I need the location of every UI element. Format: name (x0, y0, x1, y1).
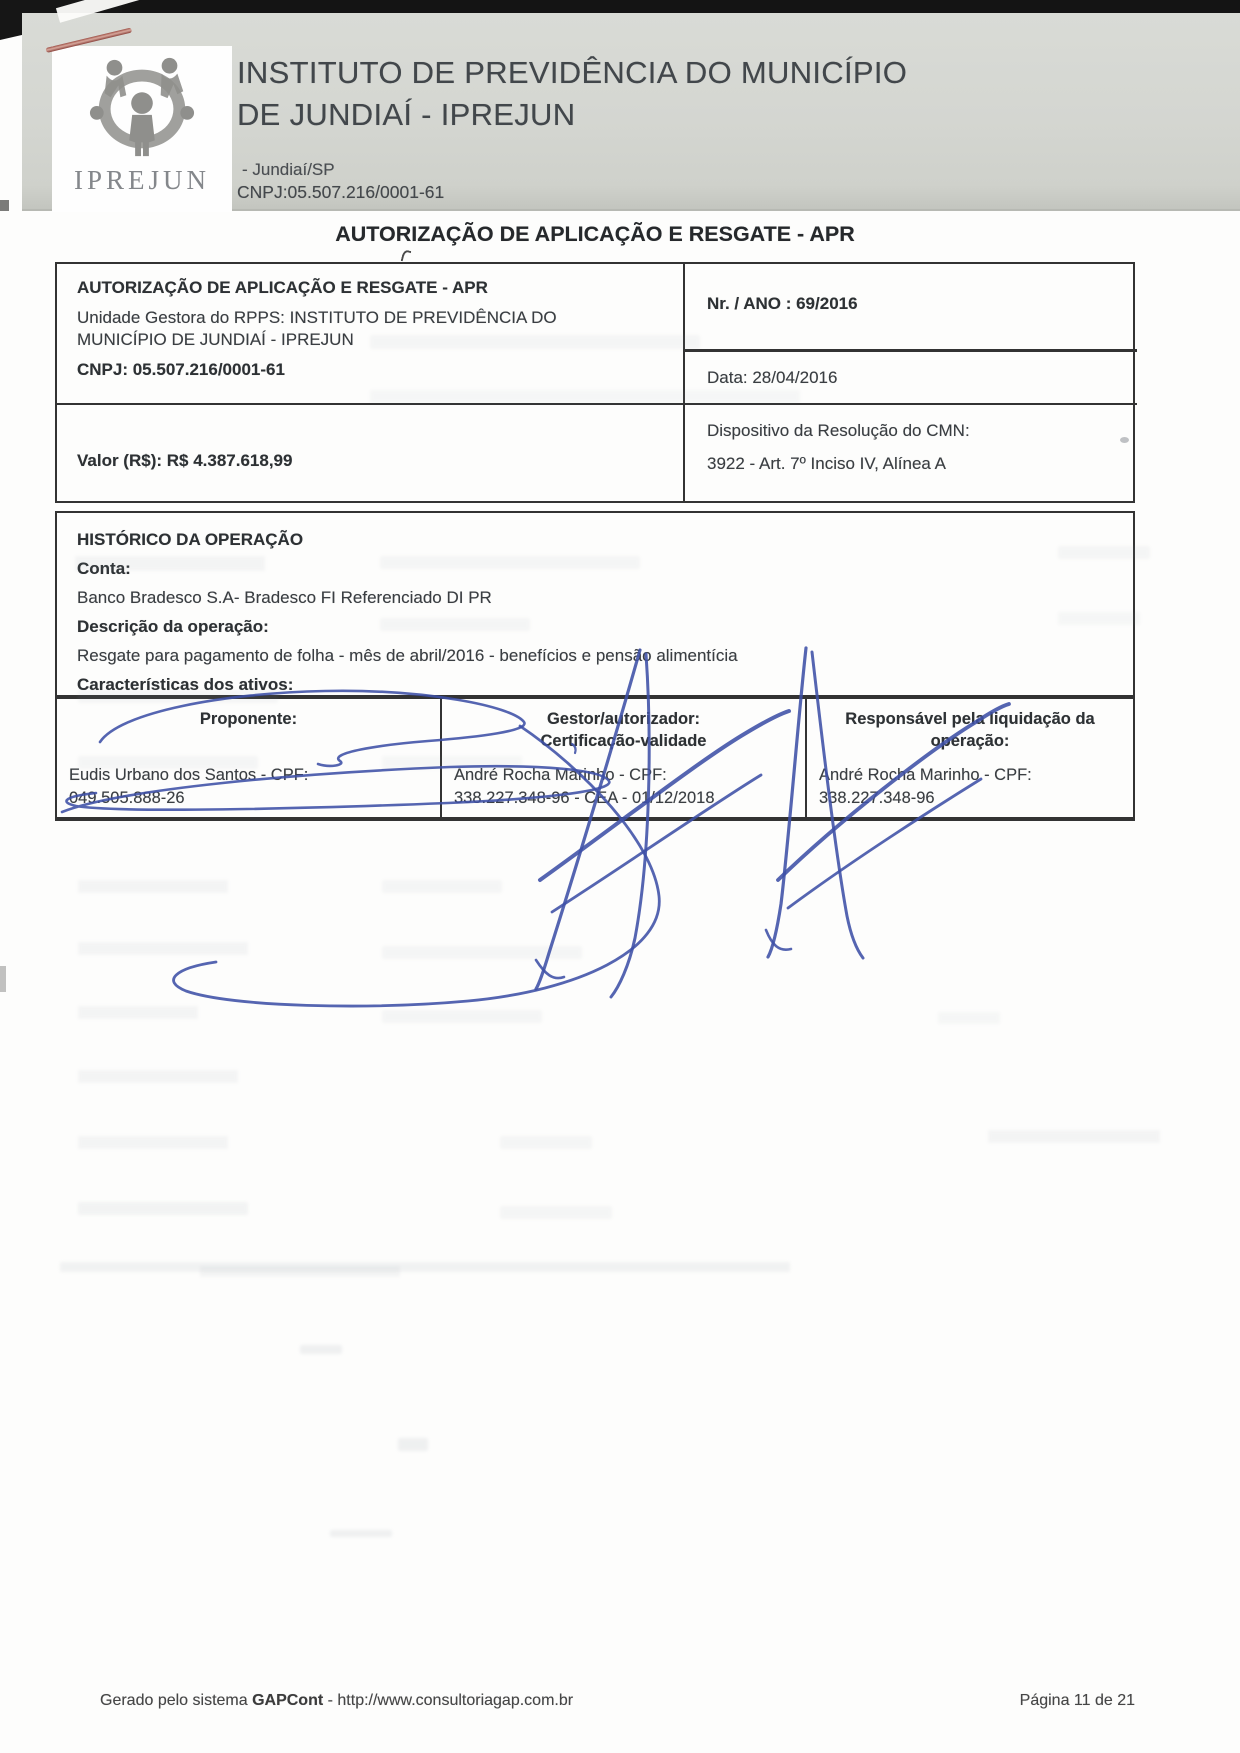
bleedthrough-smudge (200, 1266, 400, 1277)
gestor-column: Gestor/autorizador: Certificação-validad… (442, 699, 807, 817)
historico-title: HISTÓRICO DA OPERAÇÃO (77, 525, 1113, 554)
historico-table: HISTÓRICO DA OPERAÇÃO Conta: Banco Brade… (55, 511, 1135, 697)
bleedthrough-smudge (78, 942, 248, 955)
identification-cell: AUTORIZAÇÃO DE APLICAÇÃO E RESGATE - APR… (57, 264, 685, 405)
bleedthrough-smudge (330, 1530, 392, 1537)
bleedthrough-smudge (398, 1438, 428, 1451)
iprejun-logo-icon (83, 52, 201, 164)
descricao-value: Resgate para pagamento de folha - mês de… (77, 641, 1113, 670)
org-name-line1: INSTITUTO DE PREVIDÊNCIA DO MUNICÍPIO (237, 55, 907, 91)
nr-ano-value: Nr. / ANO : 69/2016 (707, 294, 1137, 314)
data-value: Data: 28/04/2016 (707, 368, 1137, 388)
liquidacao-name: André Rocha Marinho - CPF: 338.227.348-9… (807, 764, 1133, 810)
bleedthrough-smudge (382, 880, 502, 893)
scan-top-edge (0, 0, 1240, 13)
liquidacao-title-line2: operação: (807, 730, 1133, 752)
gestor-cpf: 338.227.348-96 - CEA - 01/12/2018 (454, 787, 793, 810)
gestor-title: Gestor/autorizador: Certificação-validad… (442, 708, 805, 752)
scanned-document-page: { "header": { "org_line1": "INSTITUTO DE… (0, 0, 1240, 1753)
caracteristicas-label: Características dos ativos: (77, 670, 1113, 699)
proponente-title: Proponente: (57, 708, 440, 730)
cnpj-value: CNPJ: 05.507.216/0001-61 (77, 360, 663, 380)
proponente-name: Eudis Urbano dos Santos - CPF: 049.505.8… (57, 764, 440, 810)
footer-generated-by: Gerado pelo sistema GAPCont - http://www… (100, 1692, 573, 1710)
proponente-cpf: 049.505.888-26 (69, 787, 428, 810)
proponente-name-line: Eudis Urbano dos Santos - CPF: (69, 764, 428, 787)
dispositivo-value: 3922 - Art. 7º Inciso IV, Alínea A (707, 454, 1137, 474)
bleedthrough-smudge (78, 1006, 198, 1019)
footer-system-name: GAPCont (252, 1692, 323, 1709)
conta-label: Conta: (77, 554, 1113, 583)
dispositivo-cell: Dispositivo da Resolução do CMN: 3922 - … (685, 405, 1137, 501)
valor-cell: Valor (R$): R$ 4.387.618,99 (57, 405, 685, 501)
identification-table: AUTORIZAÇÃO DE APLICAÇÃO E RESGATE - APR… (55, 262, 1135, 503)
logo-wordmark: IPREJUN (52, 165, 232, 196)
iprejun-logo: IPREJUN (52, 46, 232, 212)
gestor-name-line: André Rocha Marinho - CPF: (454, 764, 793, 787)
descricao-label: Descrição da operação: (77, 612, 1113, 641)
bleedthrough-smudge (78, 1136, 228, 1149)
valor-value: Valor (R$): R$ 4.387.618,99 (77, 451, 683, 471)
bleedthrough-smudge (78, 880, 228, 893)
footer-prefix: Gerado pelo sistema (100, 1692, 252, 1709)
bleedthrough-smudge (60, 1262, 790, 1272)
unidade-gestora: Unidade Gestora do RPPS: INSTITUTO DE PR… (77, 307, 597, 351)
liquidacao-cpf: 338.227.348-96 (819, 787, 1121, 810)
dispositivo-label: Dispositivo da Resolução do CMN: (707, 421, 1137, 441)
footer-page-number: Página 11 de 21 (915, 1692, 1135, 1710)
org-city: - Jundiaí/SP (242, 160, 335, 180)
org-cnpj: CNPJ:05.507.216/0001-61 (237, 182, 444, 203)
scan-speck (1120, 437, 1129, 443)
bleedthrough-smudge (300, 1345, 342, 1354)
liquidacao-name-line: André Rocha Marinho - CPF: (819, 764, 1121, 787)
liquidacao-title: Responsável pela liquidação da operação: (807, 708, 1133, 752)
org-name-line2: DE JUNDIAÍ - IPREJUN (237, 97, 575, 133)
bleedthrough-smudge (938, 1012, 1000, 1024)
scan-edge-mark (0, 200, 9, 211)
data-cell: Data: 28/04/2016 (685, 355, 1137, 405)
liquidacao-title-line1: Responsável pela liquidação da (807, 708, 1133, 730)
bleedthrough-smudge (500, 1136, 592, 1149)
scan-edge-mark-2 (0, 966, 6, 992)
document-title: AUTORIZAÇÃO DE APLICAÇÃO E RESGATE - APR (0, 222, 1190, 247)
gestor-title-line1: Gestor/autorizador: (442, 708, 805, 730)
liquidacao-column: Responsável pela liquidação da operação:… (807, 699, 1133, 817)
bleedthrough-smudge (78, 1202, 248, 1215)
bleedthrough-smudge (988, 1130, 1160, 1143)
bleedthrough-smudge (382, 946, 582, 959)
bleedthrough-smudge (78, 1070, 238, 1083)
conta-value: Banco Bradesco S.A- Bradesco FI Referenc… (77, 583, 1113, 612)
apr-heading: AUTORIZAÇÃO DE APLICAÇÃO E RESGATE - APR (77, 278, 663, 298)
footer-url: - http://www.consultoriagap.com.br (323, 1692, 573, 1709)
proponente-column: Proponente: Eudis Urbano dos Santos - CP… (57, 699, 442, 817)
ink-speck (401, 249, 412, 263)
gestor-title-line2: Certificação-validade (442, 730, 805, 752)
signatures-table: Proponente: Eudis Urbano dos Santos - CP… (55, 697, 1135, 821)
bleedthrough-smudge (500, 1206, 612, 1219)
gestor-name: André Rocha Marinho - CPF: 338.227.348-9… (442, 764, 805, 810)
nr-ano-cell: Nr. / ANO : 69/2016 (685, 264, 1137, 352)
bleedthrough-smudge (382, 1010, 542, 1023)
